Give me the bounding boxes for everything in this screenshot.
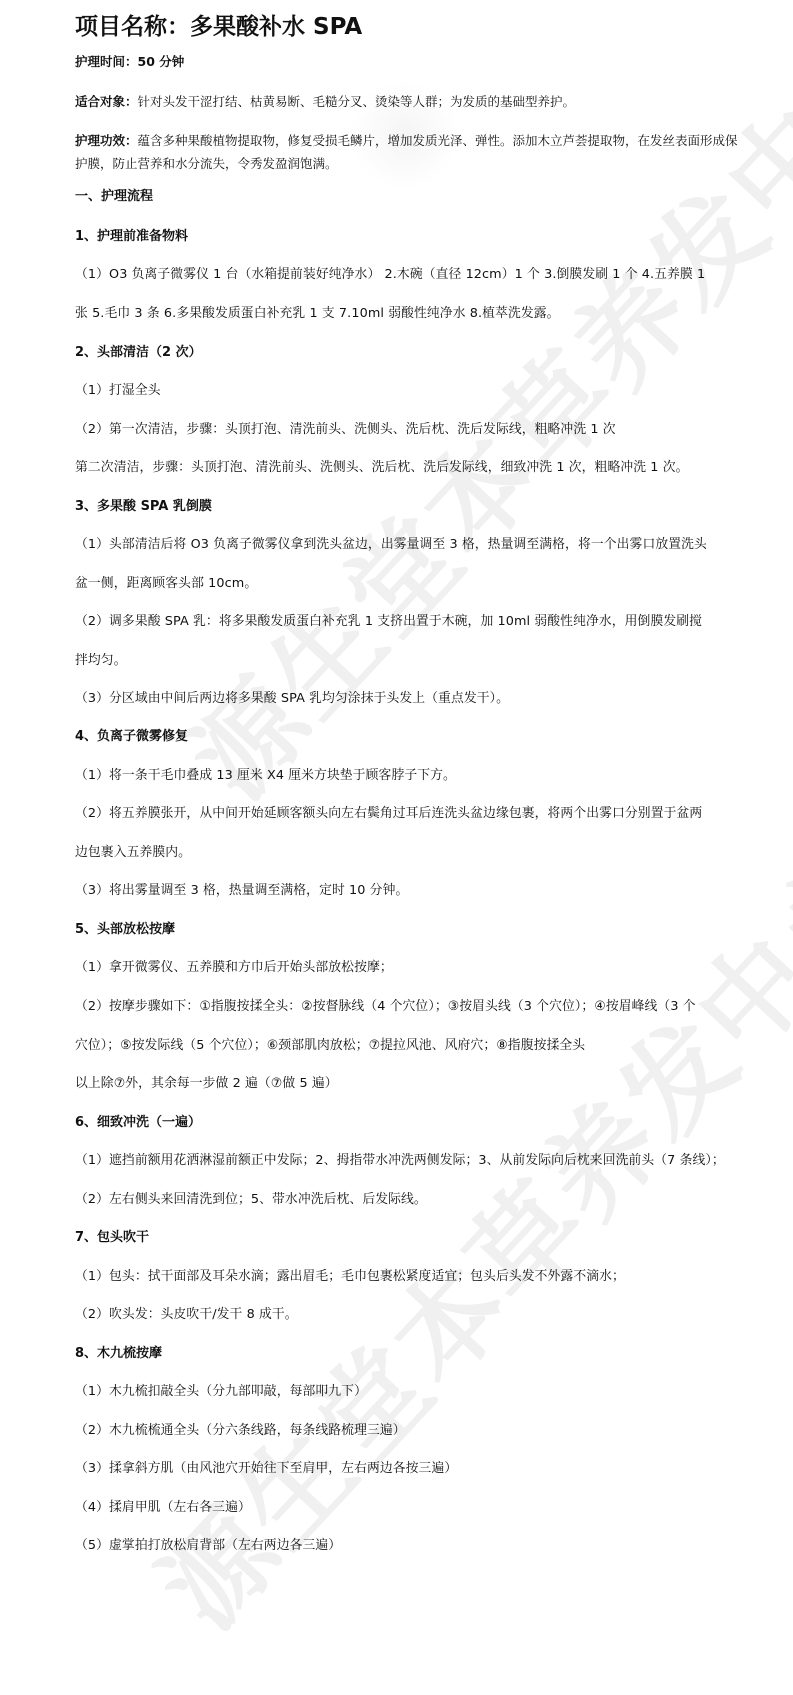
section-line: （2）将五养膜张开，从中间开始延顾客额头向左右鬓角过耳后连洗头盆边缘包裹，将两个… <box>75 805 702 823</box>
section-heading: 5、头部放松按摩 <box>75 921 175 939</box>
watermark-text: 源生堂本草养发中心 <box>120 813 793 1656</box>
section-line: 拌均匀。 <box>75 652 127 670</box>
section-line: （1）木九梳扣敲全头（分九部叩敲，每部叩九下） <box>75 1383 367 1401</box>
section-line: （3）将出雾量调至 3 格，热量调至满格，定时 10 分钟。 <box>75 882 408 900</box>
section-line: （2）木九梳梳通全头（分六条线路，每条线路梳理三遍） <box>75 1422 406 1440</box>
effect-label: 护理功效： <box>75 133 138 148</box>
section-line: 边包裹入五养膜内。 <box>75 844 191 862</box>
section-line: （1）包头：拭干面部及耳朵水滴；露出眉毛；毛巾包裹松紧度适宜；包头后头发不外露不… <box>75 1268 625 1286</box>
section-line: （2）第一次清洁，步骤：头顶打泡、清洗前头、洗侧头、洗后枕、洗后发际线，粗略冲洗… <box>75 421 616 439</box>
section-line: （2）吹头发：头皮吹干/发干 8 成干。 <box>75 1306 298 1324</box>
section-line: （3）分区域由中间后两边将多果酸 SPA 乳均匀涂抹于头发上（重点发干）。 <box>75 690 509 708</box>
section-line: （3）揉拿斜方肌（由风池穴开始往下至肩甲，左右两边各按三遍） <box>75 1460 457 1478</box>
section-heading: 4、负离子微雾修复 <box>75 728 188 746</box>
effect-value-line2: 护膜，防止营养和水分流失，令秀发盈润饱满。 <box>75 155 338 173</box>
target-label: 适合对象： <box>75 94 138 109</box>
section-heading: 7、包头吹干 <box>75 1229 149 1247</box>
section-line: 以上除⑦外，其余每一步做 2 遍（⑦做 5 遍） <box>75 1075 338 1093</box>
section-line: 张 5.毛巾 3 条 6.多果酸发质蛋白补充乳 1 支 7.10ml 弱酸性纯净… <box>75 305 560 323</box>
section-line: （1）遮挡前额用花洒淋湿前额正中发际；2、拇指带水冲洗两侧发际；3、从前发际向后… <box>75 1152 725 1170</box>
duration-value: 50 分钟 <box>138 54 185 69</box>
target-value: 针对头发干涩打结、枯黄易断、毛糙分叉、烫染等人群；为发质的基础型养护。 <box>138 94 576 109</box>
section-line: （2）调多果酸 SPA 乳：将多果酸发质蛋白补充乳 1 支挤出置于木碗，加 10… <box>75 613 702 631</box>
duration-line: 护理时间：50 分钟 <box>75 53 184 71</box>
section-line: （1）O3 负离子微雾仪 1 台（水箱提前装好纯净水） 2.木碗（直径 12cm… <box>75 266 705 284</box>
section-line: （5）虚掌拍打放松肩背部（左右两边各三遍） <box>75 1537 341 1555</box>
effect-line: 护理功效：蕴含多种果酸植物提取物，修复受损毛鳞片，增加发质光泽、弹性。添加木立芦… <box>75 132 738 150</box>
section-heading: 6、细致冲洗（一遍） <box>75 1114 201 1132</box>
effect-value-line1: 蕴含多种果酸植物提取物，修复受损毛鳞片，增加发质光泽、弹性。添加木立芦荟提取物，… <box>138 133 738 148</box>
duration-label: 护理时间： <box>75 54 138 69</box>
section-heading: 2、头部清洁（2 次） <box>75 344 202 362</box>
section-line: （4）揉肩甲肌（左右各三遍） <box>75 1499 251 1517</box>
section-line: （1）头部清洁后将 O3 负离子微雾仪拿到洗头盆边，出雾量调至 3 格，热量调至… <box>75 536 707 554</box>
page-title: 项目名称：多果酸补水 SPA <box>75 12 362 42</box>
section-line: 盆一侧，距离顾客头部 10cm。 <box>75 575 257 593</box>
section-line: 穴位）；⑤按发际线（5 个穴位）；⑥颈部肌肉放松；⑦提拉风池、风府穴；⑧指腹按揉… <box>75 1037 585 1055</box>
section-heading: 3、多果酸 SPA 乳倒膜 <box>75 498 212 516</box>
section-line: （2）左右侧头来回清洗到位；5、带水冲洗后枕、后发际线。 <box>75 1191 427 1209</box>
section-heading: 1、护理前准备物料 <box>75 228 188 246</box>
target-line: 适合对象：针对头发干涩打结、枯黄易断、毛糙分叉、烫染等人群；为发质的基础型养护。 <box>75 93 575 111</box>
section-line: （2）按摩步骤如下：①指腹按揉全头：②按督脉线（4 个穴位）；③按眉头线（3 个… <box>75 998 696 1016</box>
section-line: 第二次清洁，步骤：头顶打泡、清洗前头、洗侧头、洗后枕、洗后发际线，细致冲洗 1 … <box>75 459 689 477</box>
section-heading: 8、木九梳按摩 <box>75 1345 162 1363</box>
section-line: （1）拿开微雾仪、五养膜和方巾后开始头部放松按摩； <box>75 959 393 977</box>
section-line: （1）将一条干毛巾叠成 13 厘米 X4 厘米方块垫于顾客脖子下方。 <box>75 767 456 785</box>
section-line: （1）打湿全头 <box>75 382 161 400</box>
part-heading: 一、护理流程 <box>75 188 153 206</box>
